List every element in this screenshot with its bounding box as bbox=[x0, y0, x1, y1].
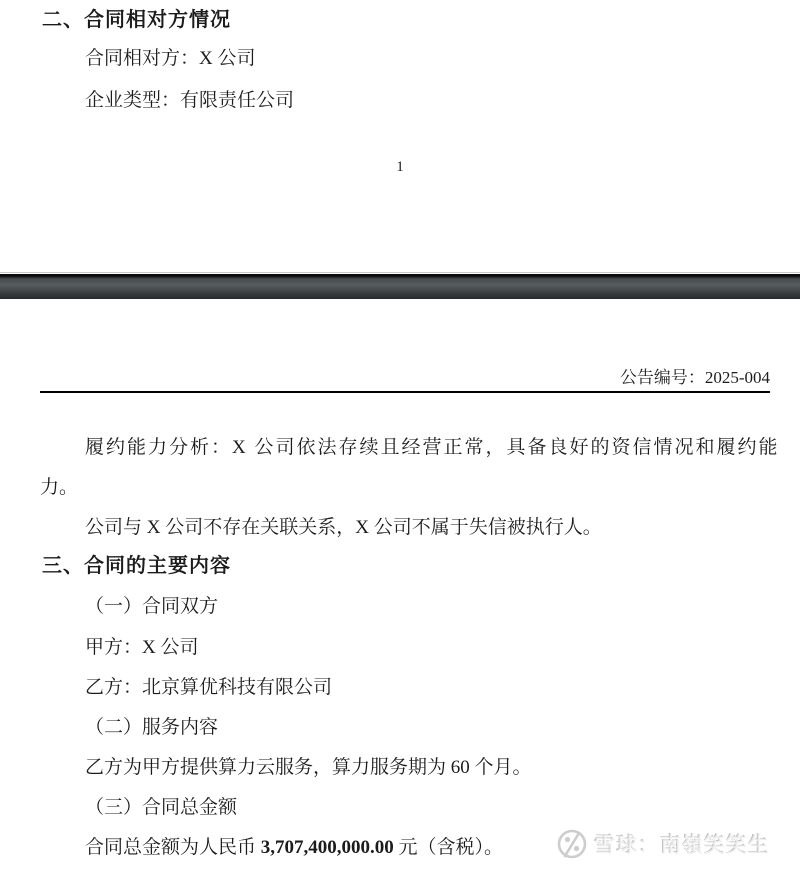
relationship-statement: 公司与 X 公司不存在关联关系，X 公司不属于失信被执行人。 bbox=[85, 516, 602, 540]
subsection-service-content: （二）服务内容 bbox=[85, 716, 218, 740]
party-b-line: 乙方：北京算优科技有限公司 bbox=[85, 676, 332, 700]
total-amount-value: 3,707,400,000.00 bbox=[261, 837, 394, 858]
total-amount-prefix: 合同总金额为人民币 bbox=[85, 837, 261, 858]
page-number: 1 bbox=[0, 155, 800, 179]
party-a-line: 甲方：X 公司 bbox=[85, 636, 198, 660]
subsection-total-amount: （三）合同总金额 bbox=[85, 796, 237, 820]
xueqiu-snowball-icon bbox=[556, 828, 588, 860]
header-rule bbox=[40, 391, 770, 393]
section-heading-2: 二、合同相对方情况 bbox=[42, 8, 231, 32]
counterparty-line: 合同相对方：X 公司 bbox=[85, 47, 255, 71]
subsection-contract-parties: （一）合同双方 bbox=[85, 595, 218, 619]
service-description-line: 乙方为甲方提供算力云服务，算力服务期为 60 个月。 bbox=[85, 756, 532, 780]
announcement-number: 公告编号：2025-004 bbox=[620, 366, 770, 390]
performance-analysis-line-2: 力。 bbox=[40, 476, 78, 500]
enterprise-type-line: 企业类型：有限责任公司 bbox=[85, 89, 294, 113]
xueqiu-watermark: 雪球：南嶺笑笑生 bbox=[556, 828, 770, 860]
document-view: 二、合同相对方情况 合同相对方：X 公司 企业类型：有限责任公司 1 公告编号：… bbox=[0, 0, 800, 869]
page-edge-hairline bbox=[0, 272, 800, 273]
watermark-text: 雪球：南嶺笑笑生 bbox=[594, 829, 770, 859]
total-amount-suffix: 元（含税）。 bbox=[394, 837, 503, 858]
page-separator-bar bbox=[0, 274, 800, 299]
section-heading-3: 三、合同的主要内容 bbox=[42, 554, 231, 578]
performance-analysis-line-1: 履约能力分析：X 公司依法存续且经营正常，具备良好的资信情况和履约能 bbox=[85, 436, 779, 460]
total-amount-line: 合同总金额为人民币 3,707,400,000.00 元（含税）。 bbox=[85, 836, 503, 860]
